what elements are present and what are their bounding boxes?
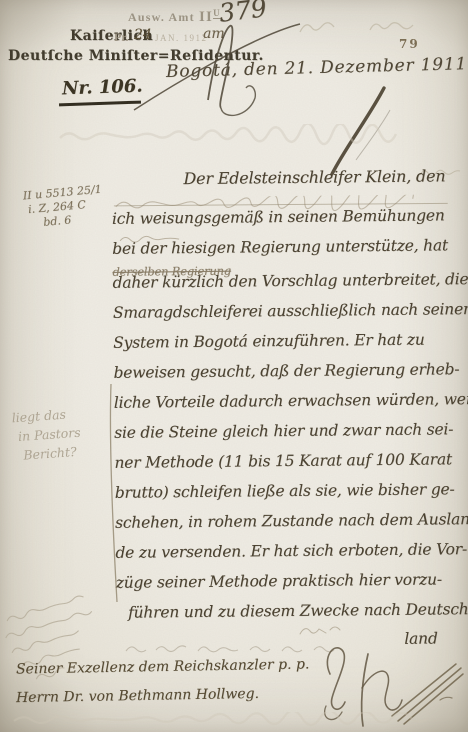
body-line: ich weisungsgemäß in seinen Bemühungen	[112, 206, 445, 227]
document-number: Nr. 106.	[62, 76, 143, 100]
address-line2: Herrn Dr. von Bethmann Hollweg.	[16, 686, 259, 706]
body-line: sie die Steine gleich hier und zwar nach…	[114, 420, 453, 442]
body-line: liche Vorteile dadurch erwachsen würden,…	[114, 390, 468, 412]
body-line: daher kürzlich den Vorschlag unterbreite…	[112, 270, 468, 292]
filing-note: II u 5513 25/1 i. Z, 264 C bd. 6	[22, 183, 104, 232]
body-line: führen und zu diesem Zwecke nach Deutsch…	[128, 600, 468, 622]
body-line: Smaragdschleiferei ausschließlich nach s…	[113, 300, 468, 322]
registry-stamp-section: II	[199, 9, 213, 25]
letter-body: Der Edelsteinschleifer Klein, den ich we…	[111, 166, 468, 670]
receipt-stamp-am: am	[203, 26, 225, 42]
margin-query-line3: Bericht?	[14, 442, 83, 466]
registry-number-handwritten: 379	[217, 0, 268, 28]
body-line: land	[404, 629, 437, 647]
registry-stamp-office: Ausw. Amt	[128, 10, 195, 24]
page-number: 79	[399, 37, 420, 51]
body-line: System in Bogotá einzuführen. Er hat zu	[113, 331, 425, 352]
ghost-writing-top	[56, 124, 420, 152]
registry-stamp: Ausw. Amt IIU	[128, 8, 221, 26]
body-line: schehen, in rohem Zustande nach dem Ausl…	[115, 510, 468, 532]
scanned-letter-page: Ausw. Amt IIU 379 Kaiſerlich Pr. 24 JAN.…	[0, 0, 468, 732]
body-line: beweisen gesucht, daß der Regierung erhe…	[113, 360, 459, 382]
ghost-writing-bottom	[10, 712, 456, 730]
receipt-stamp-date: JAN. 1912	[155, 33, 208, 43]
body-line: züge seiner Methode praktisch hier vorzu…	[116, 570, 442, 591]
receipt-stamp-prefix: Pr.	[114, 30, 129, 45]
address-line1: Seiner Exzellenz dem Reichskanzler p. p.	[16, 656, 310, 677]
receipt-stamp-day: 24	[134, 27, 152, 43]
body-line: brutto) schleifen ließe als sie, wie bis…	[115, 480, 455, 502]
document-number-underline	[59, 101, 141, 106]
margin-query-note: liegt das in Pastors Bericht?	[11, 404, 82, 466]
body-line: Der Edelsteinschleifer Klein, den	[183, 166, 445, 188]
body-line: bei der hiesigen Regierung unterstütze, …	[112, 236, 448, 258]
body-line: ner Methode (11 bis 15 Karat auf 100 Kar…	[114, 450, 452, 472]
body-line: de zu versenden. Er hat sich erboten, di…	[115, 540, 467, 562]
